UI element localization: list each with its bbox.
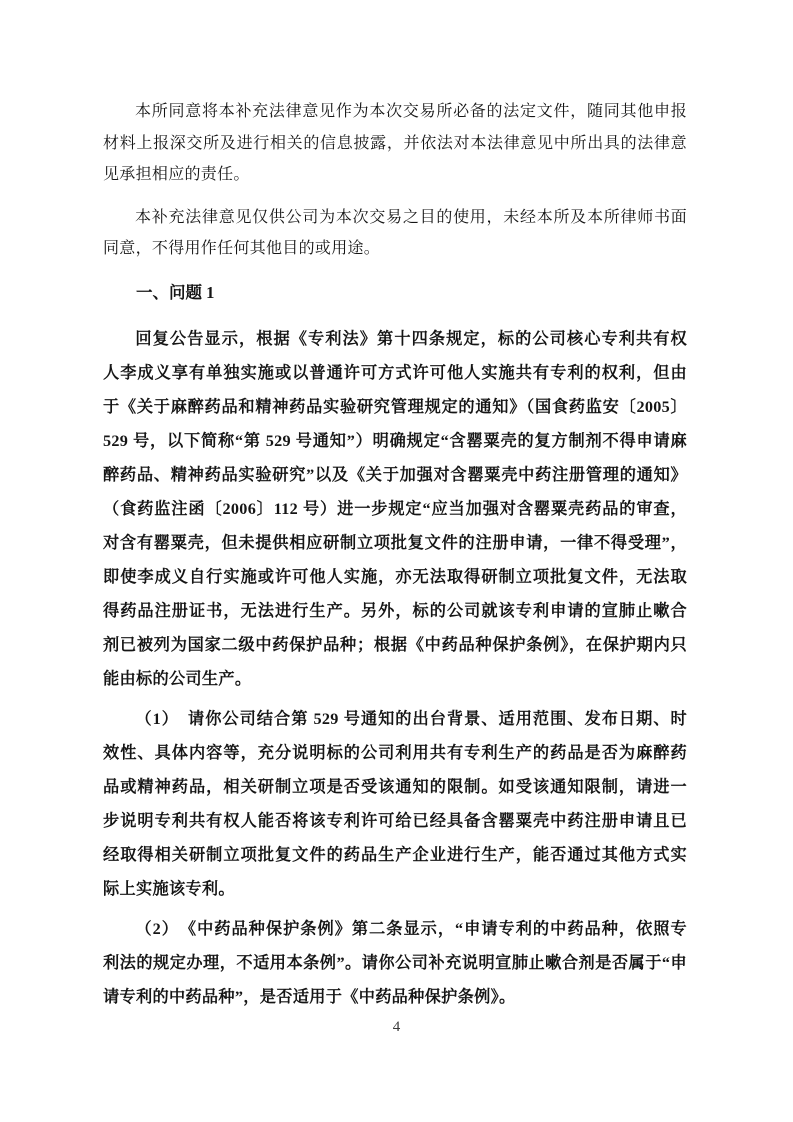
paragraph-question-background: 回复公告显示，根据《专利法》第十四条规定，标的公司核心专利共有权人李成义享有单独…: [103, 322, 687, 696]
text-line: 本所同意将本补充法律意见作为本次交易所必备的法定文件，随同其他申报: [103, 96, 687, 128]
paragraph-sub-question-1: （1） 请你公司结合第 529 号通知的出台背景、适用范围、发布日期、时效性、具…: [103, 702, 687, 906]
text-line: 请专利的中药品种”，是否适用于《中药品种保护条例》。: [103, 980, 687, 1014]
text-line: 品或精神药品，相关研制立项是否受该通知的限制。如受该通知限制，请进一: [103, 770, 687, 804]
paragraph-sub-question-2: （2） 《中药品种保护条例》第二条显示，“申请专利的中药品种，依照专利法的规定办…: [103, 912, 687, 1014]
text-line: 利法的规定办理，不适用本条例”。请你公司补充说明宣肺止嗽合剂是否属于“申: [103, 946, 687, 980]
text-line: 经取得相关研制立项批复文件的药品生产企业进行生产，能否通过其他方式实: [103, 838, 687, 872]
text-line: 得药品注册证书，无法进行生产。另外，标的公司就该专利申请的宣肺止嗽合: [103, 594, 687, 628]
text-line: 剂已被列为国家二级中药保护品种；根据《中药品种保护条例》，在保护期内只: [103, 628, 687, 662]
text-line: 回复公告显示，根据《专利法》第十四条规定，标的公司核心专利共有权: [103, 322, 687, 356]
text-line: 际上实施该专利。: [103, 872, 687, 906]
section-heading-question-1: 一、问题 1: [103, 278, 687, 308]
text-line: 人李成义享有单独实施或以普通许可方式许可他人实施共有专利的权利，但由: [103, 356, 687, 390]
text-line: 能由标的公司生产。: [103, 662, 687, 696]
page-number: 4: [0, 1019, 793, 1036]
text-line: 本补充法律意见仅供公司为本次交易之目的使用，未经本所及本所律师书面: [103, 202, 687, 234]
text-line: 步说明专利共有权人能否将该专利许可给已经具备含罂粟壳中药注册申请且已: [103, 804, 687, 838]
text-line: 一、问题 1: [103, 278, 687, 308]
text-line: （2） 《中药品种保护条例》第二条显示，“申请专利的中药品种，依照专: [103, 912, 687, 946]
text-line: 材料上报深交所及进行相关的信息披露，并依法对本法律意见中所出具的法律意: [103, 128, 687, 160]
text-line: 于《关于麻醉药品和精神药品实验研究管理规定的通知》（国食药监安〔2005〕: [103, 390, 687, 424]
text-line: 即使李成义自行实施或许可他人实施，亦无法取得研制立项批复文件，无法取: [103, 560, 687, 594]
text-line: 醉药品、精神药品实验研究”以及《关于加强对含罂粟壳中药注册管理的通知》: [103, 458, 687, 492]
paragraph-usage-restriction: 本补充法律意见仅供公司为本次交易之目的使用，未经本所及本所律师书面同意，不得用作…: [103, 202, 687, 265]
document-page: 本所同意将本补充法律意见作为本次交易所必备的法定文件，随同其他申报材料上报深交所…: [0, 0, 793, 1122]
text-line: 529 号，以下简称“第 529 号通知”）明确规定“含罂粟壳的复方制剂不得申请…: [103, 424, 687, 458]
text-line: 同意，不得用作任何其他目的或用途。: [103, 233, 687, 265]
text-line: 效性、具体内容等，充分说明标的公司利用共有专利生产的药品是否为麻醉药: [103, 736, 687, 770]
text-line: 见承担相应的责任。: [103, 159, 687, 191]
text-line: （食药监注函〔2006〕112 号）进一步规定“应当加强对含罂粟壳药品的审查，: [103, 492, 687, 526]
text-line: 对含有罂粟壳，但未提供相应研制立项批复文件的注册申请，一律不得受理”，: [103, 526, 687, 560]
paragraph-filing-responsibility: 本所同意将本补充法律意见作为本次交易所必备的法定文件，随同其他申报材料上报深交所…: [103, 96, 687, 191]
text-line: （1） 请你公司结合第 529 号通知的出台背景、适用范围、发布日期、时: [103, 702, 687, 736]
